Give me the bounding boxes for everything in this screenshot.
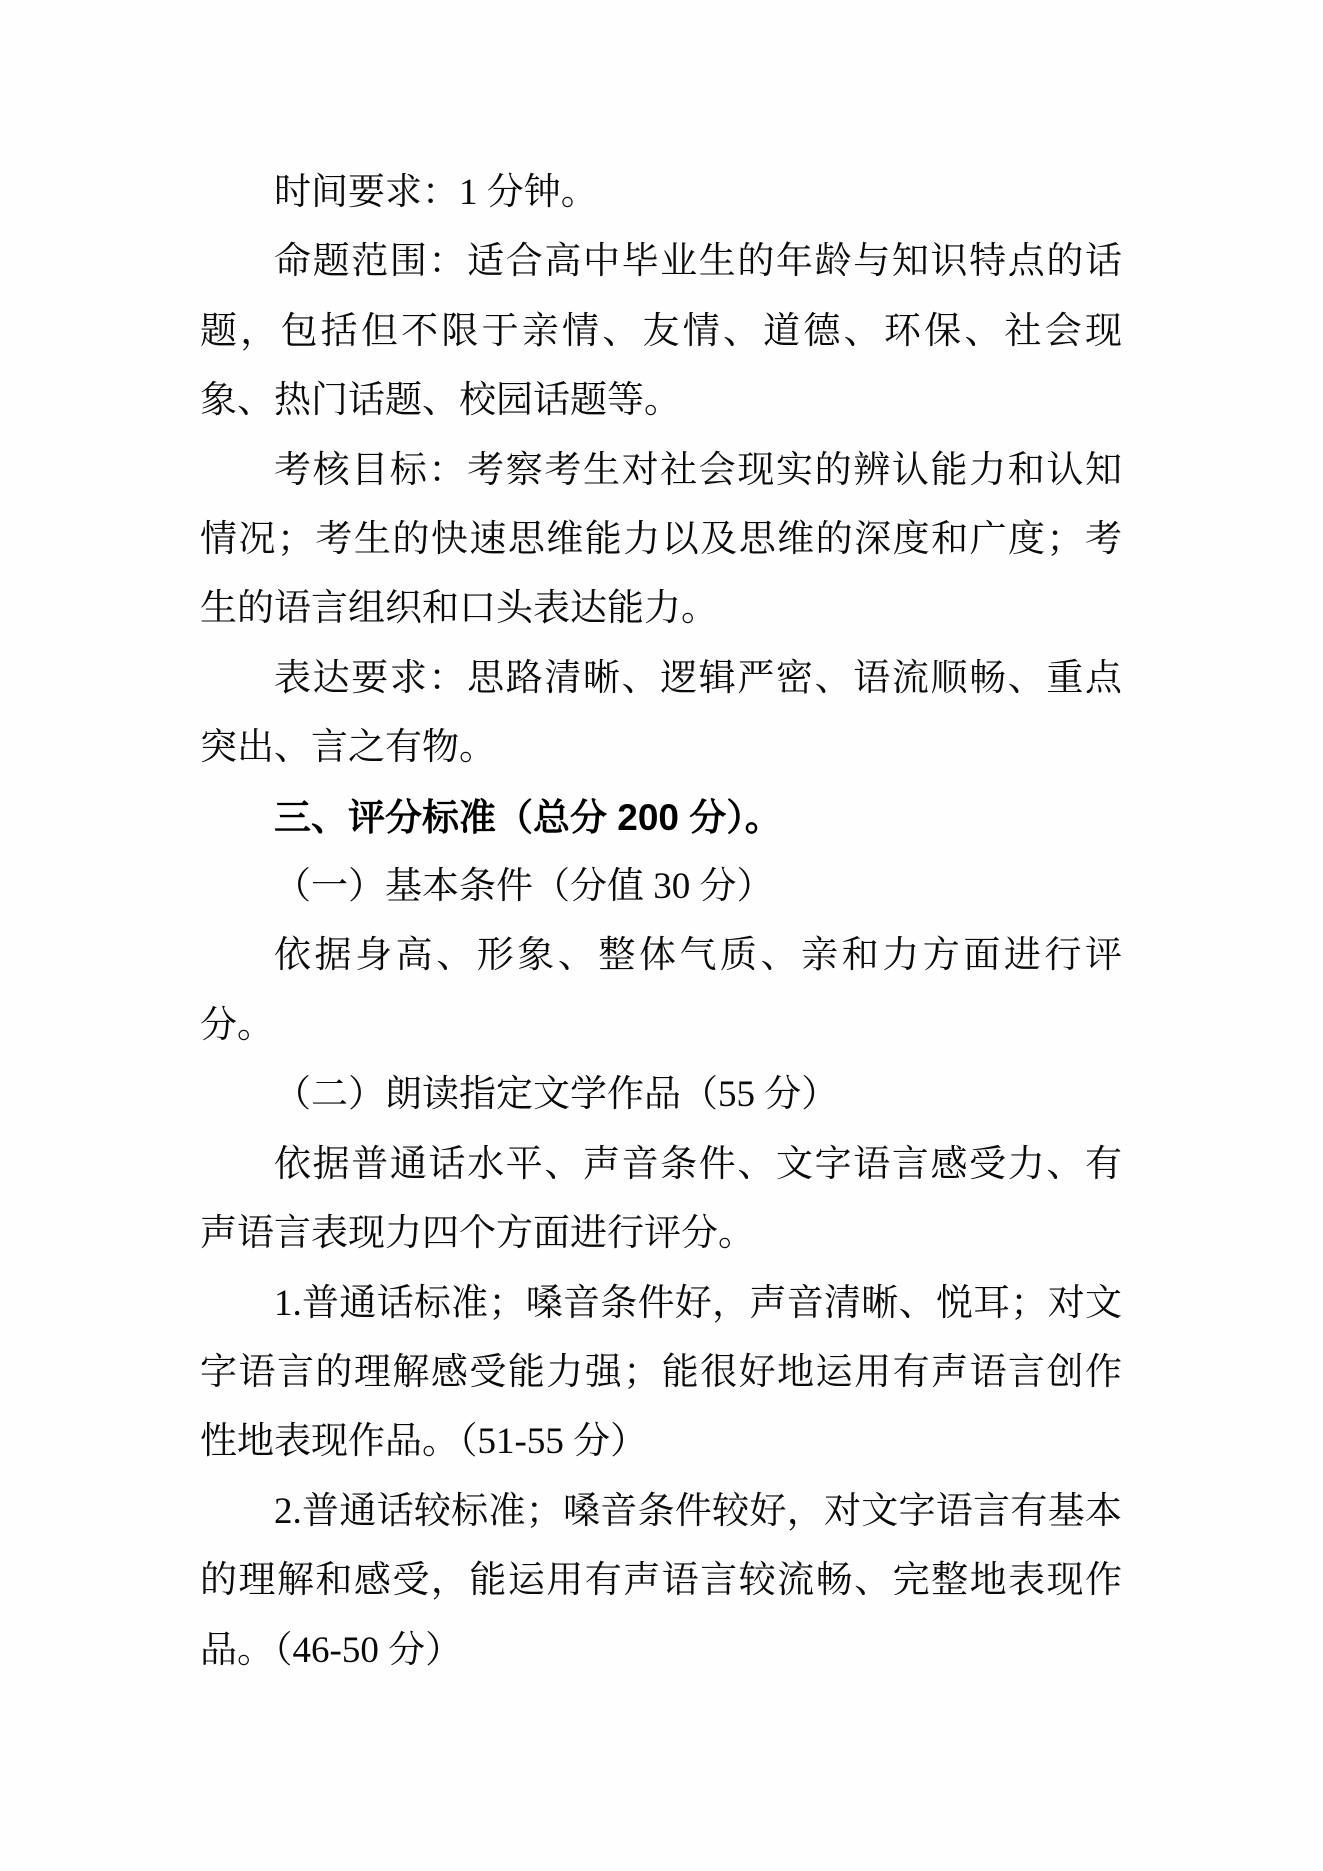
document-page: 时间要求：1 分钟。 命题范围：适合高中毕业生的年龄与知识特点的话题，包括但不限…	[0, 0, 1323, 1871]
document-text-block: 时间要求：1 分钟。 命题范围：适合高中毕业生的年龄与知识特点的话题，包括但不限…	[200, 158, 1122, 1685]
heading-scoring-standard: 三、评分标准（总分 200 分）。	[200, 783, 1122, 852]
paragraph-basic-condition-title: （一）基本条件（分值 30 分）	[200, 852, 1122, 921]
paragraph-topic-scope: 命题范围：适合高中毕业生的年龄与知识特点的话题，包括但不限于亲情、友情、道德、环…	[200, 227, 1122, 435]
paragraph-time-requirement: 时间要求：1 分钟。	[200, 158, 1122, 227]
paragraph-criteria-level-1: 1.普通话标准；嗓音条件好，声音清晰、悦耳；对文字语言的理解感受能力强；能很好地…	[200, 1269, 1122, 1477]
paragraph-criteria-level-2: 2.普通话较标准；嗓音条件较好，对文字语言有基本的理解和感受，能运用有声语言较流…	[200, 1477, 1122, 1685]
paragraph-basic-condition-desc: 依据身高、形象、整体气质、亲和力方面进行评分。	[200, 921, 1122, 1060]
paragraph-assessment-goal: 考核目标：考察考生对社会现实的辨认能力和认知情况；考生的快速思维能力以及思维的深…	[200, 436, 1122, 644]
paragraph-reading-section-desc: 依据普通话水平、声音条件、文字语言感受力、有声语言表现力四个方面进行评分。	[200, 1130, 1122, 1269]
paragraph-reading-section-title: （二）朗读指定文学作品（55 分）	[200, 1060, 1122, 1129]
paragraph-expression-requirement: 表达要求：思路清晰、逻辑严密、语流顺畅、重点突出、言之有物。	[200, 644, 1122, 783]
